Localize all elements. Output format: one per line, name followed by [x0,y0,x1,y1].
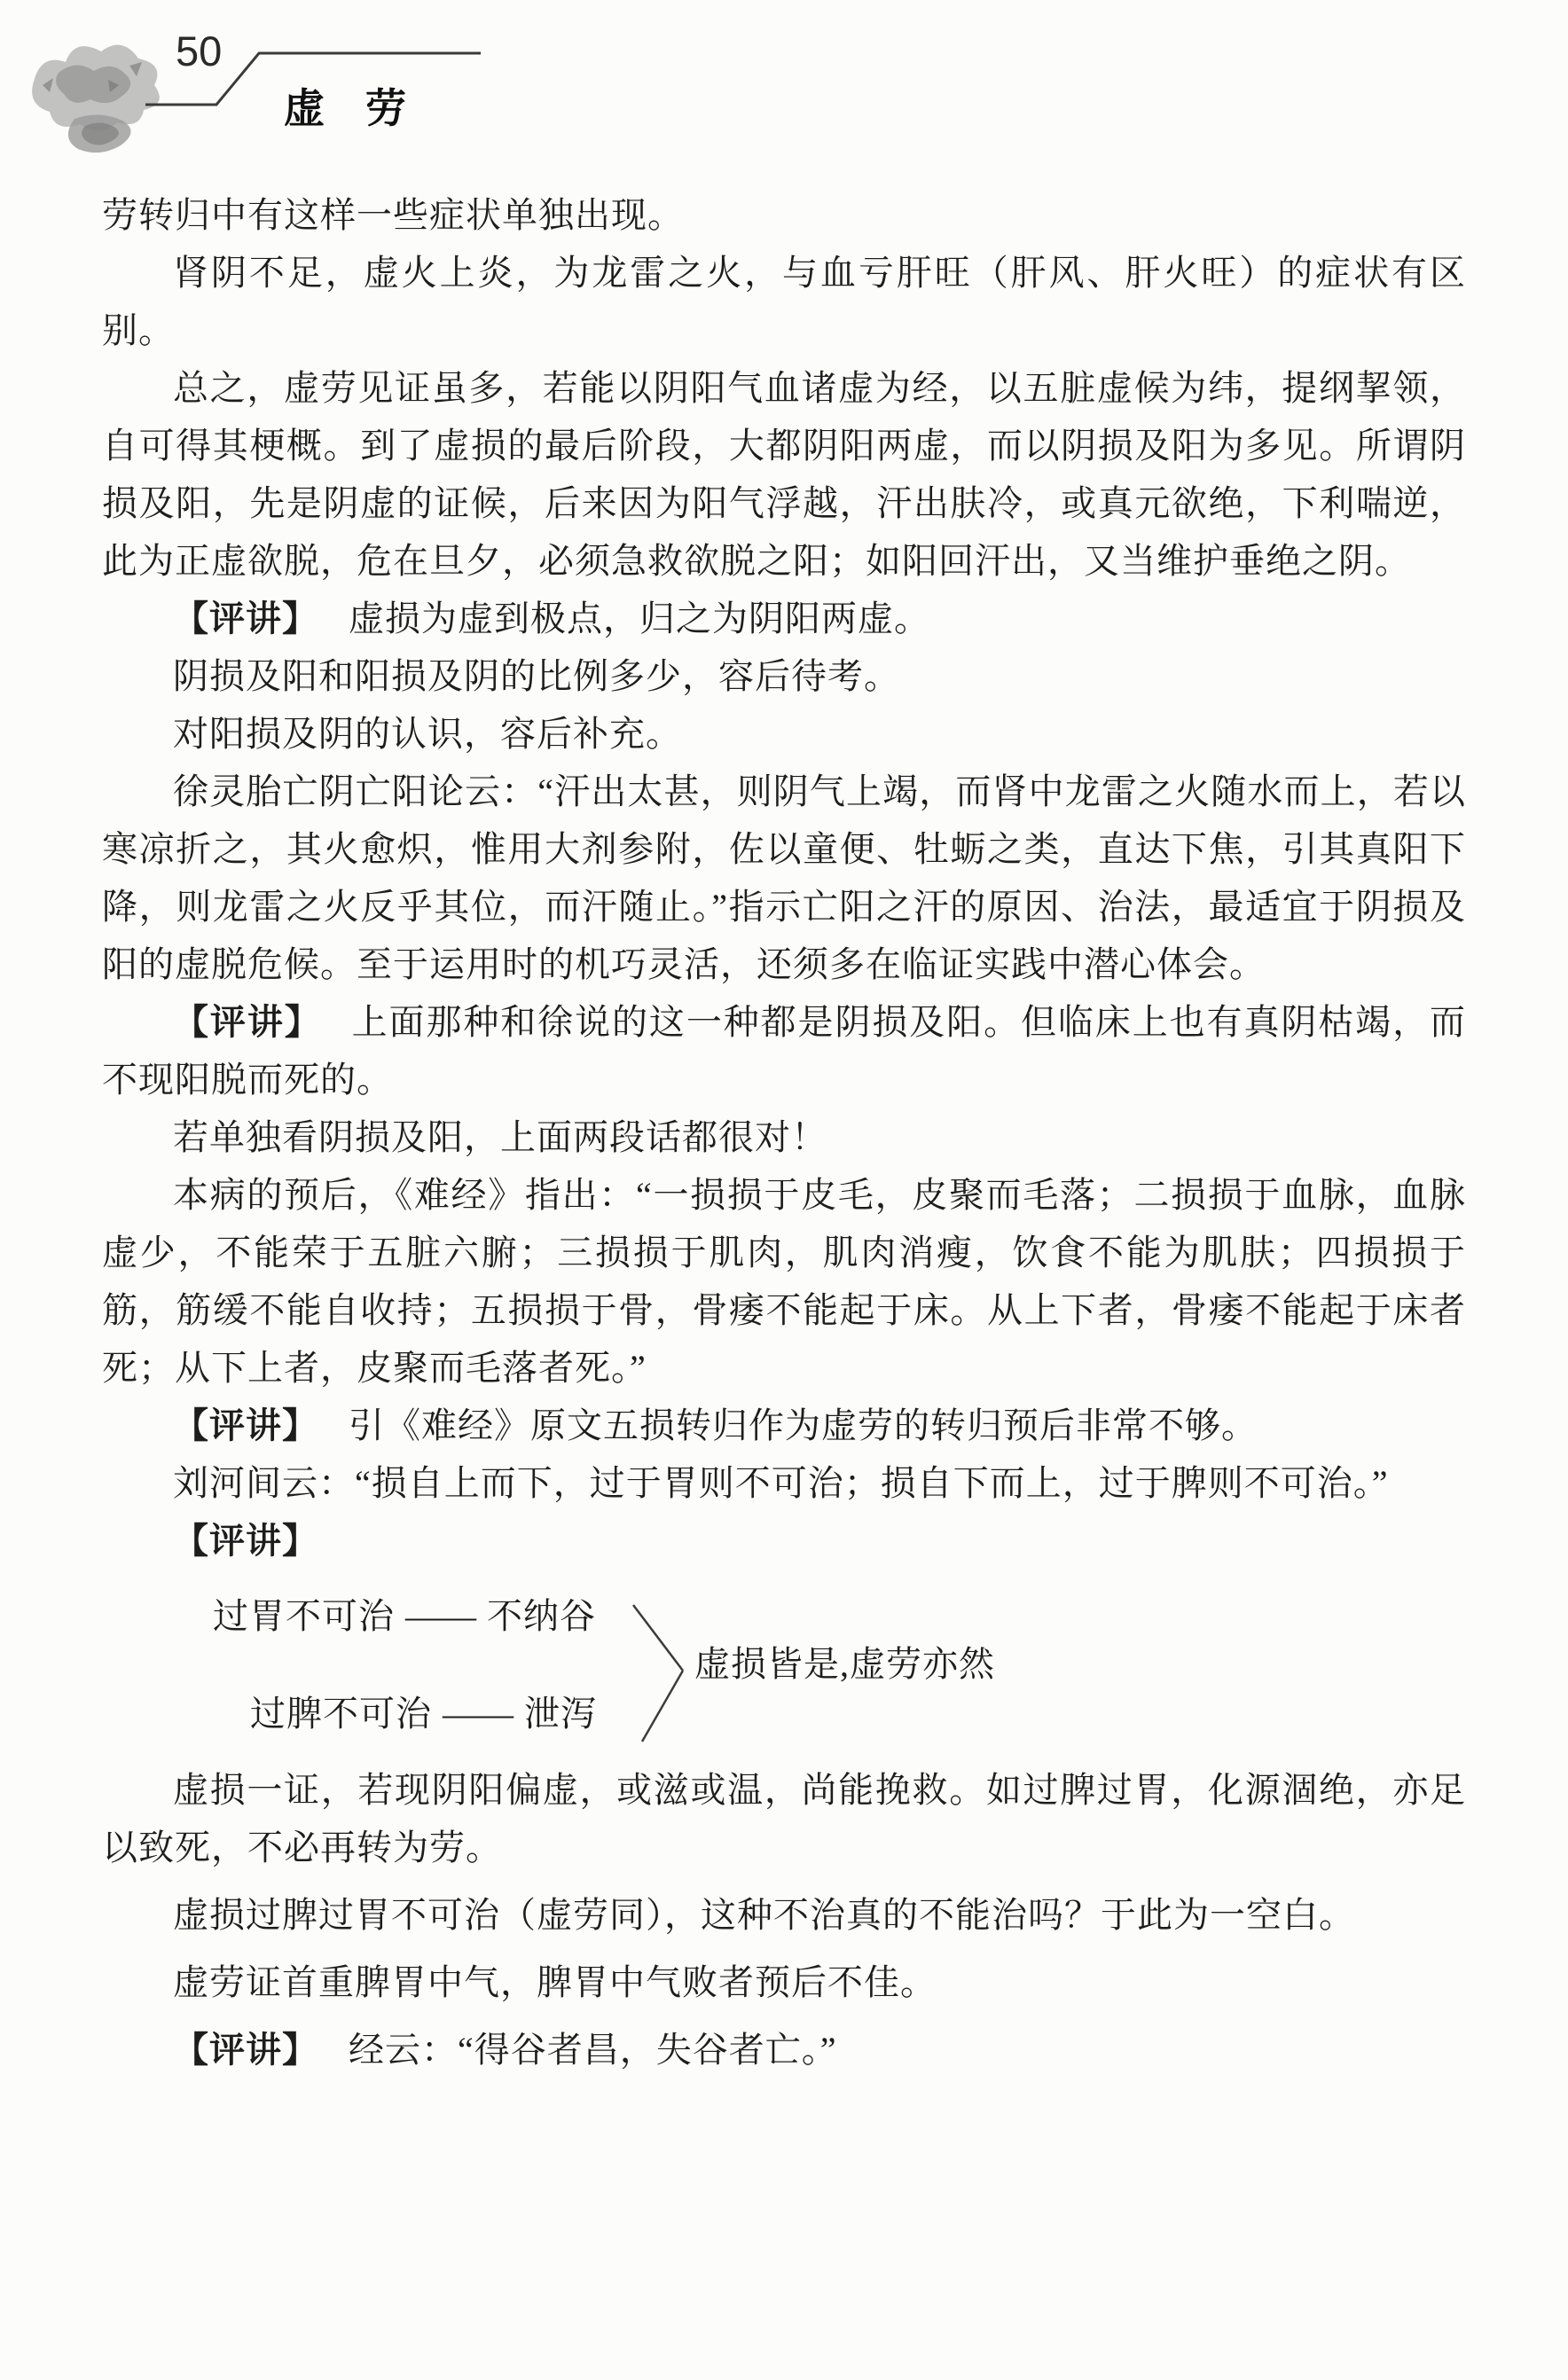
comment-tag: 【评讲】 [173,599,318,638]
paragraph: 【评讲】引《难经》原文五损转归作为虚劳的转归预后非常不够。 [102,1397,1466,1454]
paragraph-text: 对阳损及阴的认识，容后补充。 [173,714,682,754]
paragraph-text: 劳转归中有这样一些症状单独出现。 [102,195,684,235]
paragraph: 劳转归中有这样一些症状单独出现。 [102,186,1466,244]
diagram-dash: —— [443,1694,514,1734]
paragraph-text: 阴损及阳和阳损及阴的比例多少，容后待考。 [173,656,900,696]
diagram-symptom: 不纳谷 [487,1596,596,1636]
paragraph: 总之，虚劳见证虽多，若能以阴阳气血诸虚为经，以五脏虚候为纬，提纲挈领，自可得其梗… [102,359,1466,590]
paragraph: 阴损及阳和阳损及阴的比例多少，容后待考。 [102,647,1466,705]
paragraph-text: 徐灵胎亡阴亡阳论云：“汗出太甚，则阴气上竭，而肾中龙雷之火随水而上，若以寒凉折之… [102,771,1466,984]
paragraph-text: 虚劳证首重脾胃中气，脾胃中气败者预后不佳。 [173,1962,937,2002]
paragraph: 【评讲】经云：“得谷者昌，失谷者亡。” [102,2021,1466,2079]
paragraph: 【评讲】 [102,1512,1466,1570]
brace-lines [632,1593,687,1745]
paragraph: 刘河间云：“损自上而下，过于胃则不可治；损自下而上，过于脾则不可治。” [102,1454,1466,1512]
page-header: 50 虚 劳 [0,0,1568,176]
diagram-condition: 过脾不可治 [250,1694,432,1734]
paragraph: 若单独看阴损及阳，上面两段话都很对！ [102,1108,1466,1166]
comment-tag: 【评讲】 [173,1002,322,1042]
paragraph-text: 虚损过脾过胃不可治（虚劳同），这种不治真的不能治吗？于此为一空白。 [173,1895,1355,1935]
book-page: 50 虚 劳 劳转归中有这样一些症状单独出现。 肾阴不足，虚火上炎，为龙雷之火，… [0,0,1568,2380]
paragraph-text: 虚损为虚到极点，归之为阴阳两虚。 [349,599,930,638]
diagram-row-spleen: 过脾不可治——泄泻 [250,1685,597,1742]
chapter-title: 虚 劳 [284,76,406,135]
diagram-dash: —— [405,1596,476,1636]
comment-tag: 【评讲】 [173,1521,318,1561]
comment-tag: 【评讲】 [173,1405,318,1445]
paragraph: 【评讲】虚损为虚到极点，归之为阴阳两虚。 [102,590,1466,647]
paragraph: 对阳损及阴的认识，容后补充。 [102,705,1466,763]
paragraph-text: 本病的预后，《难经》指出：“一损损于皮毛，皮聚而毛落；二损损于血脉，血脉虚少，不… [102,1175,1466,1388]
paragraph-text: 肾阴不足，虚火上炎，为龙雷之火，与血亏肝旺（肝风、肝火旺）的症状有区别。 [102,253,1466,350]
paragraph: 徐灵胎亡阴亡阳论云：“汗出太甚，则阴气上竭，而肾中龙雷之火随水而上，若以寒凉折之… [102,763,1466,993]
diagram-row-stomach: 过胃不可治——不纳谷 [213,1587,596,1645]
diagram: 过胃不可治——不纳谷 过脾不可治——泄泻 虚损皆是,虚劳亦然 [102,1578,1466,1758]
paragraph-text: 引《难经》原文五损转归作为虚劳的转归预后非常不够。 [349,1405,1258,1445]
paragraph-text: 刘河间云：“损自上而下，过于胃则不可治；损自下而上，过于脾则不可治。” [173,1463,1389,1503]
paragraph-text: 经云：“得谷者昌，失谷者亡。” [349,2030,837,2070]
paragraph-text: 若单独看阴损及阳，上面两段话都很对！ [173,1117,827,1157]
paragraph: 虚损过脾过胃不可治（虚劳同），这种不治真的不能治吗？于此为一空白。 [102,1886,1466,1944]
paragraph-text: 虚损一证，若现阴阳偏虚，或滋或温，尚能挽救。如过脾过胃，化源涸绝，亦足以致死，不… [102,1770,1466,1867]
paragraph: 本病的预后，《难经》指出：“一损损于皮毛，皮聚而毛落；二损损于血脉，血脉虚少，不… [102,1166,1466,1397]
diagram-symptom: 泄泻 [524,1694,597,1734]
comment-tag: 【评讲】 [173,2030,318,2070]
paragraph: 虚损一证，若现阴阳偏虚，或滋或温，尚能挽救。如过脾过胃，化源涸绝，亦足以致死，不… [102,1761,1466,1876]
page-body: 劳转归中有这样一些症状单独出现。 肾阴不足，虚火上炎，为龙雷之火，与血亏肝旺（肝… [0,176,1568,2079]
diagram-condition: 过胃不可治 [213,1596,395,1636]
paragraph-text: 总之，虚劳见证虽多，若能以阴阳气血诸虚为经，以五脏虚候为纬，提纲挈领，自可得其梗… [102,368,1466,581]
paragraph: 虚劳证首重脾胃中气，脾胃中气败者预后不佳。 [102,1953,1466,2011]
paragraph: 【评讲】上面那种和徐说的这一种都是阴损及阳。但临床上也有真阴枯竭，而不现阳脱而死… [102,993,1466,1108]
diagram-result: 虚损皆是,虚劳亦然 [694,1635,995,1693]
paragraph: 肾阴不足，虚火上炎，为龙雷之火，与血亏肝旺（肝风、肝火旺）的症状有区别。 [102,244,1466,359]
